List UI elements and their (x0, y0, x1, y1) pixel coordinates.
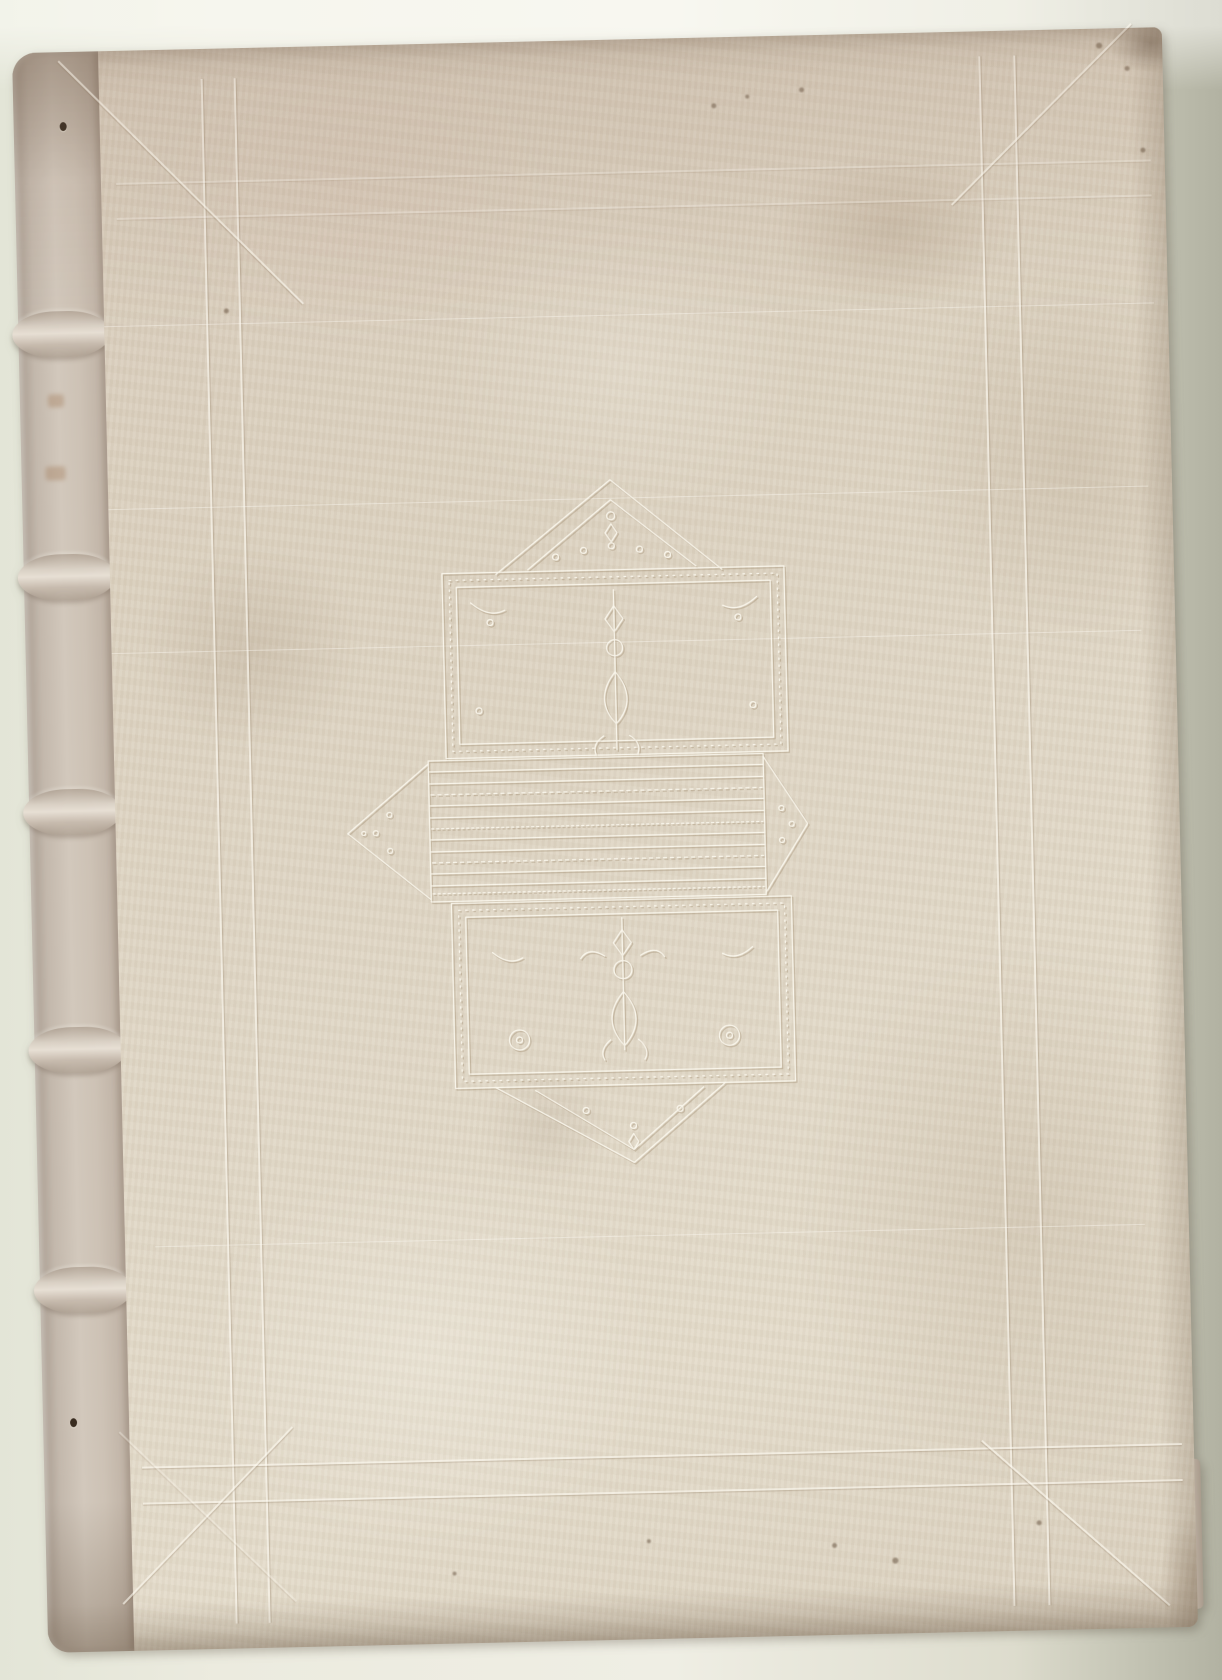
stain-speck (1096, 43, 1102, 49)
worm-hole (70, 1418, 77, 1427)
fillet-horizontal-bottom-2 (143, 1479, 1183, 1505)
fillet-vertical-left-2 (234, 78, 271, 1623)
faded-ink-trace (45, 466, 65, 480)
stain-speck (224, 308, 229, 313)
spine-raised-band (23, 788, 122, 836)
stain-speck (1037, 1520, 1042, 1525)
fillet-horizontal-top-1 (116, 159, 1151, 184)
stain-speck (711, 103, 716, 108)
fillet-vertical-right-2 (1013, 55, 1050, 1605)
diagonal-bottom-right (981, 1440, 1170, 1606)
centre-arabesque-stamp (321, 445, 858, 1217)
stain-speck (453, 1572, 457, 1576)
worm-hole (60, 122, 67, 131)
spine-raised-band (17, 553, 116, 601)
stain-speck (832, 1543, 837, 1548)
scratch-line (155, 1224, 1145, 1247)
book-photograph (0, 0, 1222, 1680)
fillet-vertical-left-1 (201, 79, 238, 1624)
diagonal-bottom-left-2 (119, 1431, 298, 1602)
spine-raised-band (28, 1026, 127, 1074)
faded-ink-trace (48, 394, 64, 407)
stain-speck (1125, 66, 1130, 71)
stain-speck (799, 87, 804, 92)
spine-raised-band (12, 310, 111, 358)
scratch-line (104, 302, 1154, 327)
vellum-cover (98, 27, 1198, 1651)
diagonal-top-right (951, 23, 1132, 206)
stain-speck (647, 1539, 651, 1543)
stain-speck (1140, 148, 1145, 153)
fillet-horizontal-top-2 (117, 194, 1152, 219)
fillet-vertical-right-1 (978, 56, 1015, 1606)
spine-raised-band (34, 1266, 133, 1314)
fillet-horizontal-bottom-1 (142, 1443, 1182, 1469)
book-board (12, 27, 1198, 1653)
stain-speck (892, 1558, 898, 1564)
stain-speck (745, 95, 749, 99)
